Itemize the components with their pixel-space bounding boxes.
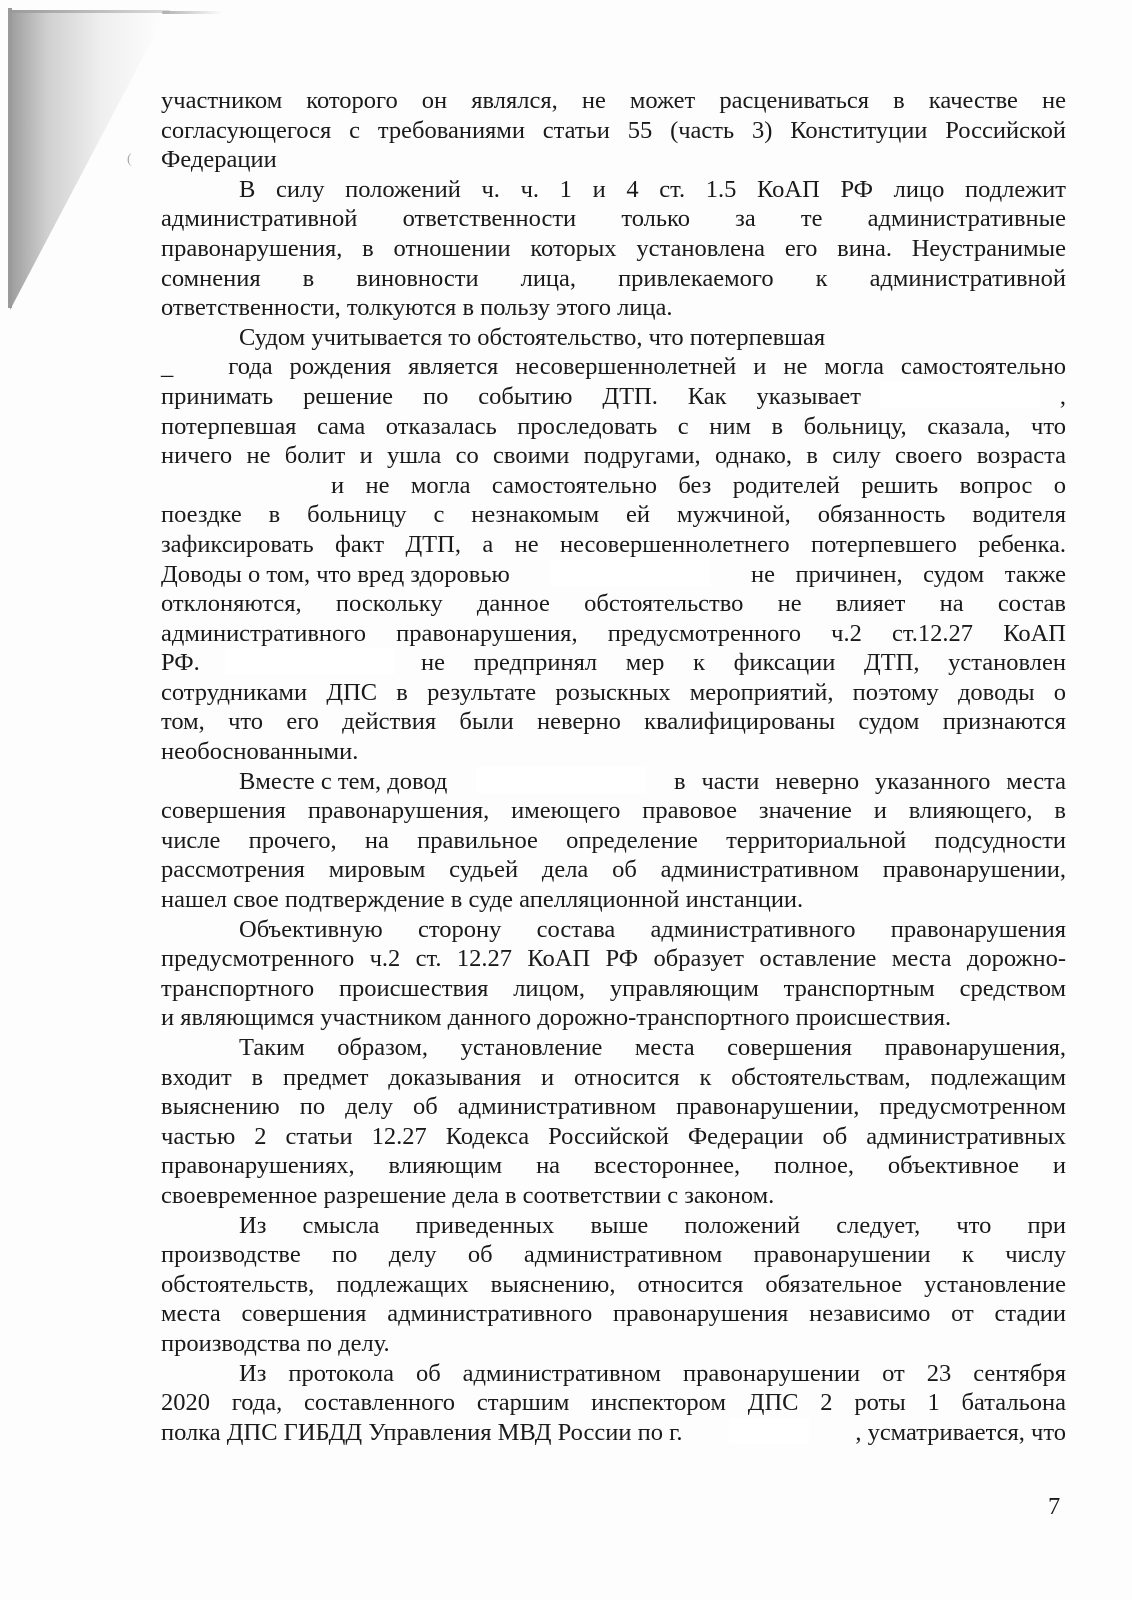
text-line: обстоятельств, подлежащих выяснению, отн… [161,1270,1066,1300]
text-line: частью 2 статьи 12.27 Кодекса Российской… [161,1122,1066,1152]
text-line: участником которого он являлся, не может… [161,86,1066,116]
redaction-box [550,560,710,586]
redaction-box [476,767,646,793]
text-line: потерпевшая сама отказалась проследовать… [161,412,1066,442]
text-line: отклоняются, поскольку данное обстоятель… [161,589,1066,619]
text-segment: года рождения является несовершеннолетне… [173,352,1066,382]
text-line: правонарушения, в отношении которых уста… [161,234,1066,264]
text-line: необоснованными. [161,737,1066,767]
text-line: производстве по делу об административном… [161,1240,1066,1270]
scan-shadow [10,10,160,310]
text-line: принимать решение по событию ДТП. Как ук… [161,382,1066,412]
stray-pen-mark: ( [127,152,132,168]
text-line: Доводы о том, что вред здоровью не причи… [161,560,1066,590]
redaction-box [225,648,395,674]
text-line: своевременное разрешение дела в соответс… [161,1181,1066,1211]
text-line: выяснению по делу об административном пр… [161,1092,1066,1122]
text-line: предусмотренного ч.2 ст. 12.27 КоАП РФ о… [161,944,1066,974]
text-line: места совершения административного право… [161,1299,1066,1329]
text-line: правонарушениях, влияющим на всесторонне… [161,1151,1066,1181]
document-body: участником которого он являлся, не может… [161,86,1066,1447]
text-line: Из смысла приведенных выше положений сле… [161,1211,1066,1241]
text-line: РФ. не предпринял мер к фиксации ДТП, ус… [161,648,1066,678]
text-segment: РФ. [161,648,200,678]
text-line: Вместе с тем, довод в части неверно указ… [161,767,1066,797]
text-line: 2020 года, составленного старшим инспект… [161,1388,1066,1418]
text-line: зафиксировать факт ДТП, а не несовершенн… [161,530,1066,560]
scan-left-edge [8,8,12,308]
text-line: ничего не болит и ушла со своими подруга… [161,441,1066,471]
text-line: рассмотрения мировым судьей дела об адми… [161,855,1066,885]
scan-top-mark [162,11,222,14]
text-line: входит в предмет доказывания и относится… [161,1063,1066,1093]
text-segment: в части неверно указанного места [674,767,1066,797]
text-line: В силу положений ч. ч. 1 и 4 ст. 1.5 КоА… [161,175,1066,205]
text-line: ответственности, толкуются в пользу этог… [161,293,1066,323]
redaction-box [880,382,1040,408]
text-line: числе прочего, на правильное определение… [161,826,1066,856]
text-line: Федерации [161,145,1066,175]
redaction-box [729,1418,809,1444]
text-line: производства по делу. [161,1329,1066,1359]
text-line: _ года рождения является несовершеннолет… [161,352,1066,382]
text-line: административного правонарушения, предус… [161,619,1066,649]
text-segment: , усматривается, что [855,1418,1066,1448]
text-line: согласующегося с требованиями статьи 55 … [161,116,1066,146]
text-line: и являющимся участником данного дорожно-… [161,1003,1066,1033]
page-number: 7 [1048,1493,1060,1521]
text-line: нашел свое подтверждение в суде апелляци… [161,885,1066,915]
text-segment: Доводы о том, что вред здоровью [161,560,510,590]
scan-top-edge [10,10,170,13]
text-line: сотрудниками ДПС в результате розыскных … [161,678,1066,708]
text-line: полка ДПС ГИБДД Управления МВД России по… [161,1418,1066,1448]
text-segment: , [1060,382,1066,412]
text-segment: полка ДПС ГИБДД Управления МВД России по… [161,1418,683,1448]
text-line: сомнения в виновности лица, привлекаемог… [161,264,1066,294]
text-line: административной ответственности только … [161,204,1066,234]
text-segment: Вместе с тем, довод [239,767,447,797]
text-line: транспортного происшествия лицом, управл… [161,974,1066,1004]
text-line: Судом учитывается то обстоятельство, что… [161,323,1066,353]
text-segment: не предпринял мер к фиксации ДТП, устано… [421,648,1066,678]
redacted-underscore: _ [161,352,173,382]
text-segment: не причинен, судом также [751,560,1066,590]
text-segment: принимать решение по событию ДТП. Как ук… [161,382,861,412]
scanned-page: ( участником которого он являлся, не мож… [0,0,1132,1600]
text-line: и не могла самостоятельно без родителей … [161,471,1066,501]
text-line: том, что его действия были неверно квали… [161,707,1066,737]
text-line: Из протокола об административном правона… [161,1359,1066,1389]
text-line: поездке в больницу с незнакомым ей мужчи… [161,500,1066,530]
text-line: совершения правонарушения, имеющего прав… [161,796,1066,826]
text-line: Объективную сторону состава администрати… [161,915,1066,945]
text-line: Таким образом, установление места соверш… [161,1033,1066,1063]
